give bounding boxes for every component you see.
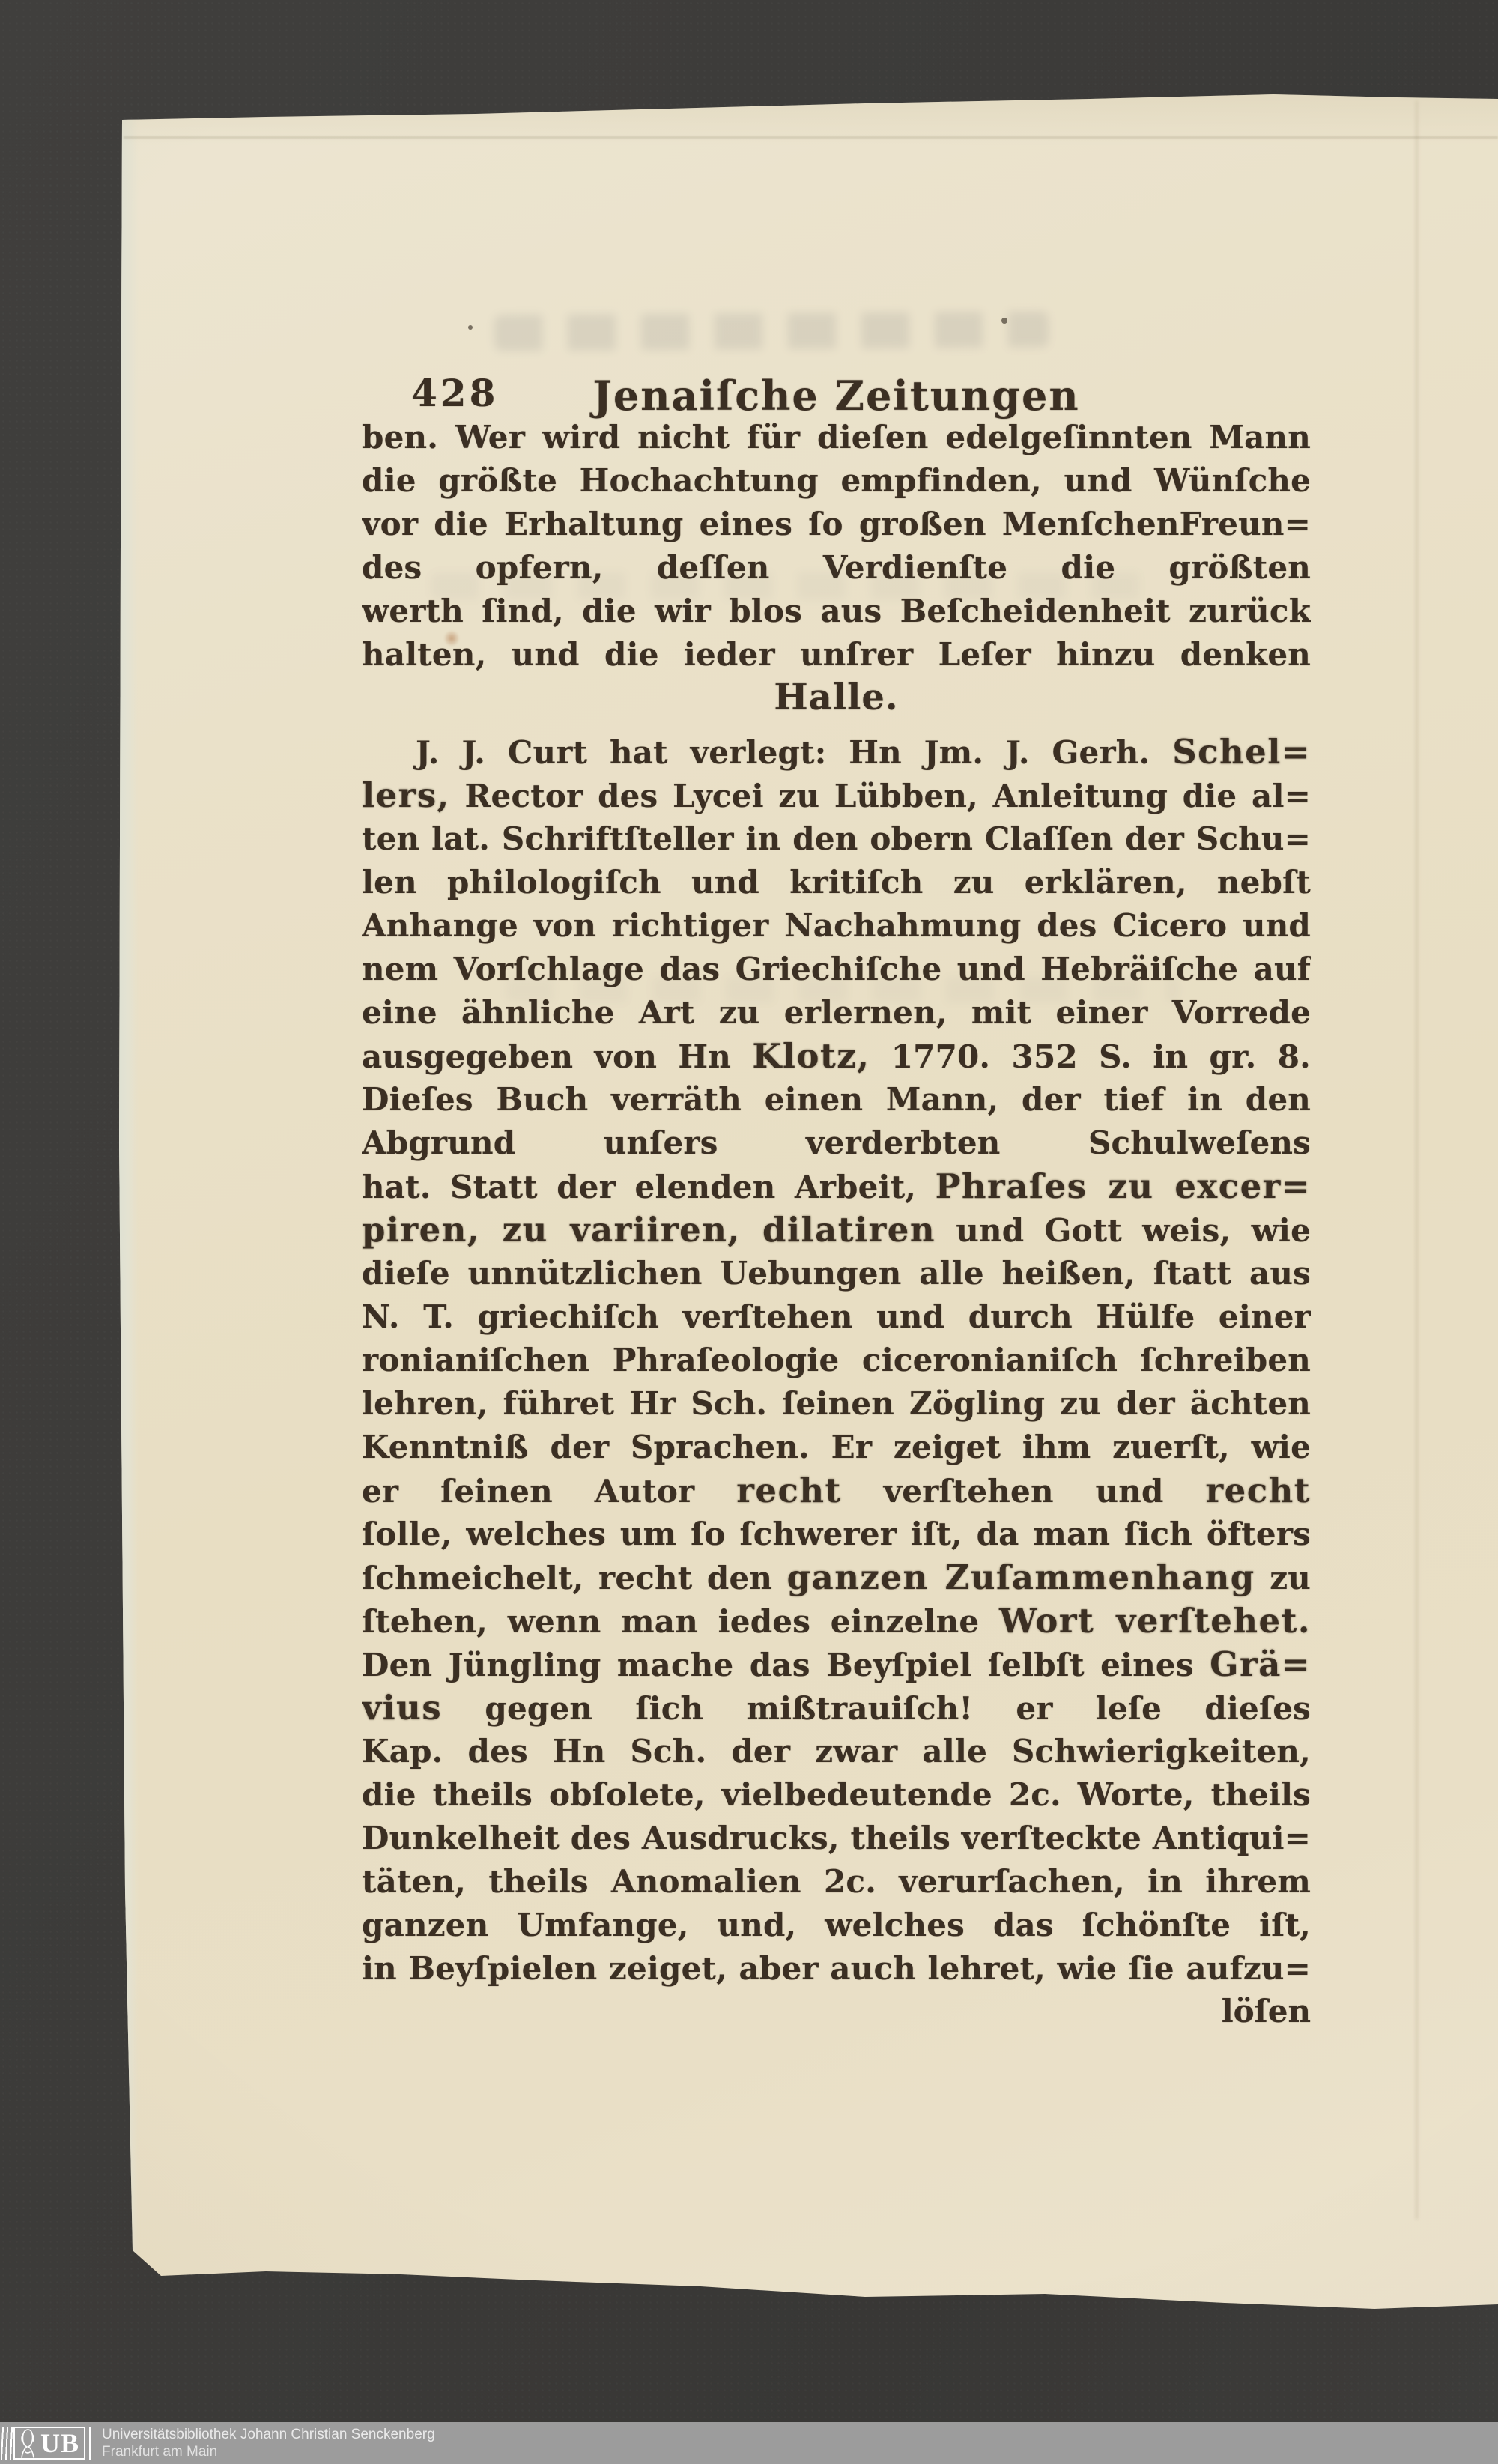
book-pages-icon: [1, 2427, 14, 2460]
text-line: ronianiſchen Phraſeologie ciceronianiſch…: [362, 1339, 1311, 1382]
text-line: täten, theils Anomalien 2c. verurſachen,…: [362, 1860, 1311, 1904]
library-city: Frankfurt am Main: [102, 2443, 435, 2460]
text-line: Dieſes Buch verräth einen Mann, der tief…: [362, 1078, 1311, 1121]
text-line: Den Jüngling mache das Beyſpiel ſelbſt e…: [362, 1643, 1311, 1686]
running-title: Jenaiſche Zeitungen: [362, 372, 1311, 420]
paragraph-continued: ben. Wer wird nicht für dieſen edelgeſin…: [362, 416, 1311, 676]
ink-speck: [1001, 318, 1007, 324]
senckenberg-portrait-icon: [16, 2427, 39, 2459]
text-line: vius gegen ſich mißtrauiſch! er leſe die…: [362, 1686, 1311, 1730]
paper-crease-right: [1416, 100, 1418, 2219]
text-line: ſolle, welches um ſo ſchwerer iſt, da ma…: [362, 1513, 1311, 1556]
text-line: halten, und die ieder unſrer Leſer hinzu…: [362, 633, 1311, 676]
text-line: len philologiſch und kritiſch zu erkläre…: [362, 861, 1311, 904]
catchword-row: löſen: [362, 1993, 1311, 2029]
text-line: Kap. des Hn Sch. der zwar alle Schwierig…: [362, 1730, 1311, 1773]
text-line: lers, Rector des Lycei zu Lübben, Anleit…: [362, 774, 1311, 817]
ink-speck: [468, 325, 473, 330]
text-line: die theils obſolete, vielbedeutende 2c. …: [362, 1773, 1311, 1817]
text-line: N. T. griechiſch verſtehen und durch Hül…: [362, 1295, 1311, 1339]
text-line: dieſe unnützlichen Uebungen alle heißen,…: [362, 1252, 1311, 1295]
text-line: eine ähnliche Art zu erlernen, mit einer…: [362, 991, 1311, 1035]
text-line: werth ſind, die wir blos aus Beſcheidenh…: [362, 590, 1311, 633]
ub-library-logo: UB: [1, 2427, 91, 2460]
text-line: Dunkelheit des Ausdrucks, theils verſtec…: [362, 1817, 1311, 1860]
library-caption: Universitätsbibliothek Johann Christian …: [102, 2426, 435, 2460]
text-line: die größte Hochachtung empfinden, und Wü…: [362, 459, 1311, 503]
text-line: hat. Statt der elenden Arbeit, Phraſes z…: [362, 1165, 1311, 1208]
text-line: des opfern, deſſen Verdienſte die größte…: [362, 546, 1311, 590]
ub-logo-text: UB: [40, 2430, 79, 2457]
catchword: löſen: [1222, 1993, 1311, 2029]
text-line: vor die Erhaltung eines ſo großen Menſch…: [362, 503, 1311, 546]
text-line: ganzen Umfange, und, welches das ſchönſt…: [362, 1904, 1311, 1947]
text-line: er ſeinen Autor recht verſtehen und rech…: [362, 1469, 1311, 1513]
logo-divider-bar: [89, 2427, 91, 2460]
scan-viewport: 428 Jenaiſche Zeitungen ben. Wer wird ni…: [0, 0, 1498, 2464]
text-line: ſchmeichelt, recht den ganzen Zuſammenha…: [362, 1556, 1311, 1599]
text-line: nem Vorſchlage das Griechiſche und Hebrä…: [362, 948, 1311, 991]
library-banner: UB Universitätsbibliothek Johann Christi…: [0, 2422, 1498, 2464]
text-line: ſtehen, wenn man iedes einzelne Wort ver…: [362, 1599, 1311, 1643]
ink-bleedthrough-smudge: [494, 311, 1049, 351]
text-line: lehren, führet Hr Sch. ſeinen Zögling zu…: [362, 1382, 1311, 1426]
library-name: Universitätsbibliothek Johann Christian …: [102, 2426, 435, 2443]
ub-logo-box: UB: [13, 2427, 85, 2460]
text-line: ben. Wer wird nicht für dieſen edelgeſin…: [362, 416, 1311, 459]
paper-fold-line-top: [124, 136, 1498, 139]
text-line: ausgegeben von Hn Klotz, 1770. 352 S. in…: [362, 1035, 1311, 1078]
text-line: in Beyſpielen zeiget, aber auch lehret, …: [362, 1947, 1311, 1991]
text-line: ten lat. Schriftſteller in den obern Cla…: [362, 817, 1311, 861]
section-heading-halle: Halle.: [362, 676, 1311, 718]
text-line: J. J. Curt hat verlegt: Hn Jm. J. Gerh. …: [362, 730, 1311, 774]
book-page-scan: 428 Jenaiſche Zeitungen ben. Wer wird ni…: [116, 93, 1498, 2309]
text-line: Anhange von richtiger Nachahmung des Cic…: [362, 904, 1311, 948]
page-header: 428 Jenaiſche Zeitungen: [362, 348, 1311, 420]
paragraph-review: J. J. Curt hat verlegt: Hn Jm. J. Gerh. …: [362, 730, 1311, 1991]
text-line: Kenntniß der Sprachen. Er zeiget ihm zue…: [362, 1426, 1311, 1469]
text-line: Abgrund unſers verderbten Schulweſens ei…: [362, 1121, 1311, 1165]
text-line: piren, zu variiren, dilatiren und Gott w…: [362, 1208, 1311, 1252]
